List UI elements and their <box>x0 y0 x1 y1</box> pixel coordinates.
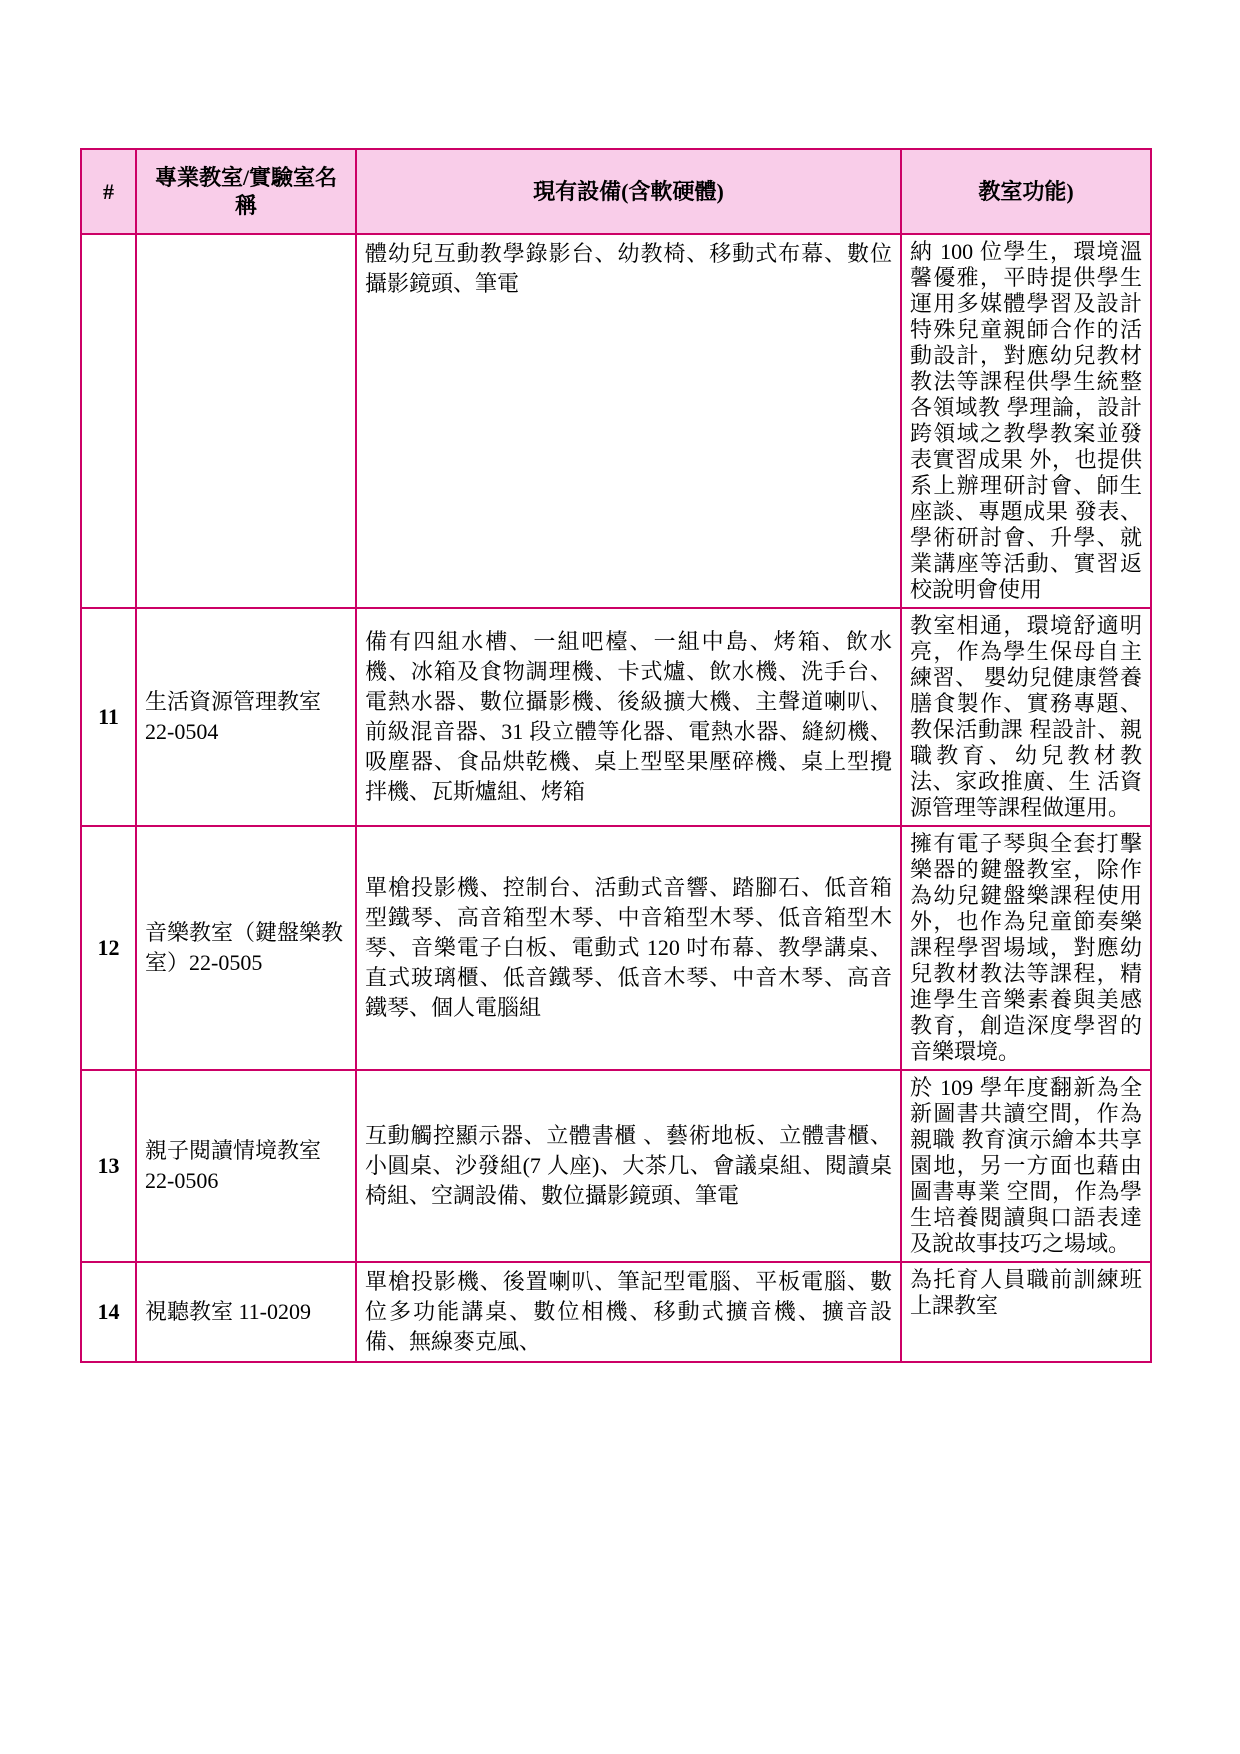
equipment-cell: 單槍投影機、後置喇叭、筆記型電腦、平板電腦、數位多功能講桌、數位相機、移動式擴音… <box>356 1262 901 1362</box>
table-row: 14 視聽教室 11-0209 單槍投影機、後置喇叭、筆記型電腦、平板電腦、數位… <box>81 1262 1151 1362</box>
row-number-cell: 14 <box>81 1262 136 1362</box>
room-function-cell: 納 100 位學生，環境溫馨優雅，平時提供學生運用多媒體學習及設計特殊兒童親師合… <box>901 234 1151 608</box>
table-row: 13 親子閱讀情境教室 22-0506 互動觸控顯示器、立體書櫃 、藝術地板、立… <box>81 1070 1151 1262</box>
equipment-cell: 體幼兒互動教學錄影台、幼教椅、移動式布幕、數位攝影鏡頭、筆電 <box>356 234 901 608</box>
room-name-cell: 親子閱讀情境教室 22-0506 <box>136 1070 356 1262</box>
column-header-room-name: 專業教室/實驗室名稱 <box>136 149 356 234</box>
table-row: 11 生活資源管理教室 22-0504 備有四組水槽、一組吧檯、一組中島、烤箱、… <box>81 608 1151 826</box>
room-name-cell: 視聽教室 11-0209 <box>136 1262 356 1362</box>
room-name-cell: 生活資源管理教室 22-0504 <box>136 608 356 826</box>
row-number-cell: 12 <box>81 826 136 1070</box>
room-function-cell: 為托育人員職前訓練班上課教室 <box>901 1262 1151 1362</box>
column-header-equipment: 現有設備(含軟硬體) <box>356 149 901 234</box>
room-name-cell <box>136 234 356 608</box>
room-function-cell: 擁有電子琴與全套打擊樂器的鍵盤教室，除作為幼兒鍵盤樂課程使用外，也作為兒童節奏樂… <box>901 826 1151 1070</box>
equipment-cell: 單槍投影機、控制台、活動式音響、踏腳石、低音箱型鐵琴、高音箱型木琴、中音箱型木琴… <box>356 826 901 1070</box>
document-page: # 專業教室/實驗室名稱 現有設備(含軟硬體) 教室功能) 體幼兒互動教學錄影台… <box>0 0 1240 1754</box>
room-function-cell: 於 109 學年度翻新為全新圖書共讀空間，作為親職 教育演示繪本共享園地，另一方… <box>901 1070 1151 1262</box>
column-header-number: # <box>81 149 136 234</box>
room-name-cell: 音樂教室（鍵盤樂教室）22-0505 <box>136 826 356 1070</box>
room-function-cell: 教室相通，環境舒適明亮，作為學生保母自主練習、 嬰幼兒健康營養膳食製作、實務專題… <box>901 608 1151 826</box>
equipment-cell: 互動觸控顯示器、立體書櫃 、藝術地板、立體書櫃、小圓桌、沙發組(7 人座)、大茶… <box>356 1070 901 1262</box>
table-row: 體幼兒互動教學錄影台、幼教椅、移動式布幕、數位攝影鏡頭、筆電 納 100 位學生… <box>81 234 1151 608</box>
table-header-row: # 專業教室/實驗室名稱 現有設備(含軟硬體) 教室功能) <box>81 149 1151 234</box>
table-row: 12 音樂教室（鍵盤樂教室）22-0505 單槍投影機、控制台、活動式音響、踏腳… <box>81 826 1151 1070</box>
classroom-table: # 專業教室/實驗室名稱 現有設備(含軟硬體) 教室功能) 體幼兒互動教學錄影台… <box>80 148 1152 1363</box>
equipment-cell: 備有四組水槽、一組吧檯、一組中島、烤箱、飲水 機、冰箱及食物調理機、卡式爐、飲水… <box>356 608 901 826</box>
row-number-cell: 13 <box>81 1070 136 1262</box>
row-number-cell: 11 <box>81 608 136 826</box>
row-number-cell <box>81 234 136 608</box>
column-header-function: 教室功能) <box>901 149 1151 234</box>
